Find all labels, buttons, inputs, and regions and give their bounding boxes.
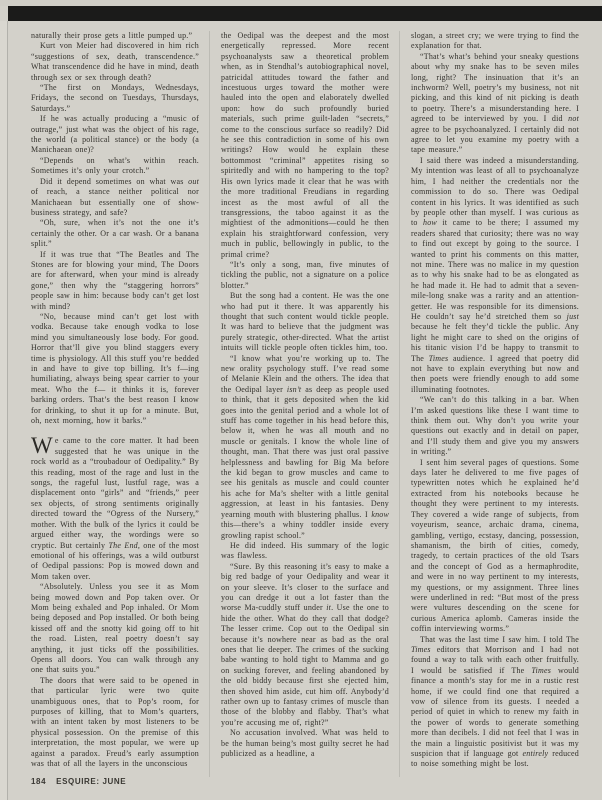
paragraph: I said there was indeed a misunderstandi… xyxy=(411,156,579,395)
paragraph: naturally their prose gets a little pump… xyxy=(31,31,199,41)
paragraph: Did it depend sometimes on what was out … xyxy=(31,177,199,219)
paragraph: the Oedipal was the deepest and the most… xyxy=(221,31,389,260)
paragraph: “The first on Mondays, Wednesdays, Frida… xyxy=(31,83,199,114)
paragraph: “I know what you’re working up to. The n… xyxy=(221,354,389,541)
paragraph: He did indeed. His summary of the logic … xyxy=(221,541,389,562)
paragraph: “Depends on what’s within reach. Sometim… xyxy=(31,156,199,177)
paragraph: If he was actually producing a “music of… xyxy=(31,114,199,156)
paragraph: “We can’t do this talking in a bar. When… xyxy=(411,395,579,457)
paragraph: If it was true that “The Beatles and The… xyxy=(31,250,199,312)
page-top-rule xyxy=(8,6,602,21)
paragraph: Kurt von Meier had discovered in him ric… xyxy=(31,41,199,83)
paragraph: “It’s only a song, man, five minutes of … xyxy=(221,260,389,291)
paragraph: The doors that were said to be opened in… xyxy=(31,676,199,770)
paragraph: That was the last time I saw him. I told… xyxy=(411,635,579,770)
paragraph: slogan, a street cry; we were trying to … xyxy=(411,31,579,52)
magazine-title: ESQUIRE: JUNE xyxy=(56,777,126,786)
paragraph: We came to the core matter. It had been … xyxy=(31,436,199,582)
paragraph: No accusation involved. What was held to… xyxy=(221,728,389,759)
paragraph: “Sure. By this reasoning it’s easy to ma… xyxy=(221,562,389,729)
article-body: naturally their prose gets a little pump… xyxy=(31,31,579,777)
page-left-margin xyxy=(0,21,7,800)
paragraph: “Oh, sure, when it’s not the one it’s ce… xyxy=(31,218,199,249)
paragraph: But the song had a content. He was the o… xyxy=(221,291,389,353)
paragraph: “No, because mind can’t get lost with vo… xyxy=(31,312,199,426)
magazine-page: { "page": { "background": "#d3d1ca", "to… xyxy=(0,0,602,800)
article-column: the Oedipal was the deepest and the most… xyxy=(209,31,389,777)
page-edge-line xyxy=(7,21,8,800)
paragraph: “That’s what’s behind your sneaky questi… xyxy=(411,52,579,156)
article-column: naturally their prose gets a little pump… xyxy=(31,31,199,777)
drop-cap: W xyxy=(31,436,55,455)
paragraph: “Absolutely. Unless you see it as Mom be… xyxy=(31,582,199,676)
page-footer: 184 ESQUIRE: JUNE xyxy=(31,777,126,786)
page-number: 184 xyxy=(31,777,46,786)
paragraph: I sent him several pages of questions. S… xyxy=(411,458,579,635)
article-column: slogan, a street cry; we were trying to … xyxy=(399,31,579,777)
